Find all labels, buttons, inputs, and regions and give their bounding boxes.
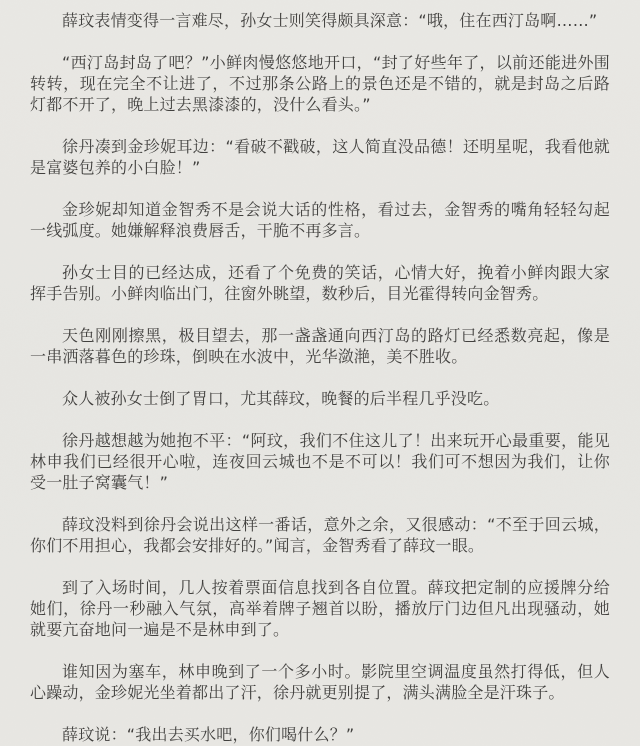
- paragraph: 薛玟表情变得一言难尽，孙女士则笑得颇具深意：“哦，住在西汀岛啊……”: [30, 10, 610, 31]
- paragraph: 薛玟说：“我出去买水吧，你们喝什么？”: [30, 724, 610, 745]
- paragraph: 金珍妮却知道金智秀不是会说大话的性格，看过去，金智秀的嘴角轻轻勾起一线弧度。她嫌…: [30, 199, 610, 241]
- novel-reading-page[interactable]: 薛玟表情变得一言难尽，孙女士则笑得颇具深意：“哦，住在西汀岛啊……” “西汀岛封…: [0, 0, 640, 746]
- paragraph: “西汀岛封岛了吧？”小鲜肉慢悠悠地开口，“封了好些年了，以前还能进外围转转，现在…: [30, 52, 610, 115]
- paragraph: 众人被孙女士倒了胃口，尤其薛玟，晚餐的后半程几乎没吃。: [30, 388, 610, 409]
- paragraph: 谁知因为塞车，林申晚到了一个多小时。影院里空调温度虽然打得低，但人心躁动，金珍妮…: [30, 661, 610, 703]
- paragraph: 薛玟没料到徐丹会说出这样一番话，意外之余，又很感动：“不至于回云城，你们不用担心…: [30, 514, 610, 556]
- paragraph: 孙女士目的已经达成，还看了个免费的笑话，心情大好，挽着小鲜肉跟大家挥手告别。小鲜…: [30, 262, 610, 304]
- paragraph: 到了入场时间，几人按着票面信息找到各自位置。薛玟把定制的应援牌分给她们，徐丹一秒…: [30, 577, 610, 640]
- paragraph: 徐丹凑到金珍妮耳边：“看破不戳破，这人简直没品德！还明星呢，我看他就是富婆包养的…: [30, 136, 610, 178]
- paragraph: 天色刚刚擦黑，极目望去，那一盏盏通向西汀岛的路灯已经悉数亮起，像是一串洒落暮色的…: [30, 325, 610, 367]
- paragraph: 徐丹越想越为她抱不平：“阿玟，我们不住这儿了！出来玩开心最重要，能见林申我们已经…: [30, 430, 610, 493]
